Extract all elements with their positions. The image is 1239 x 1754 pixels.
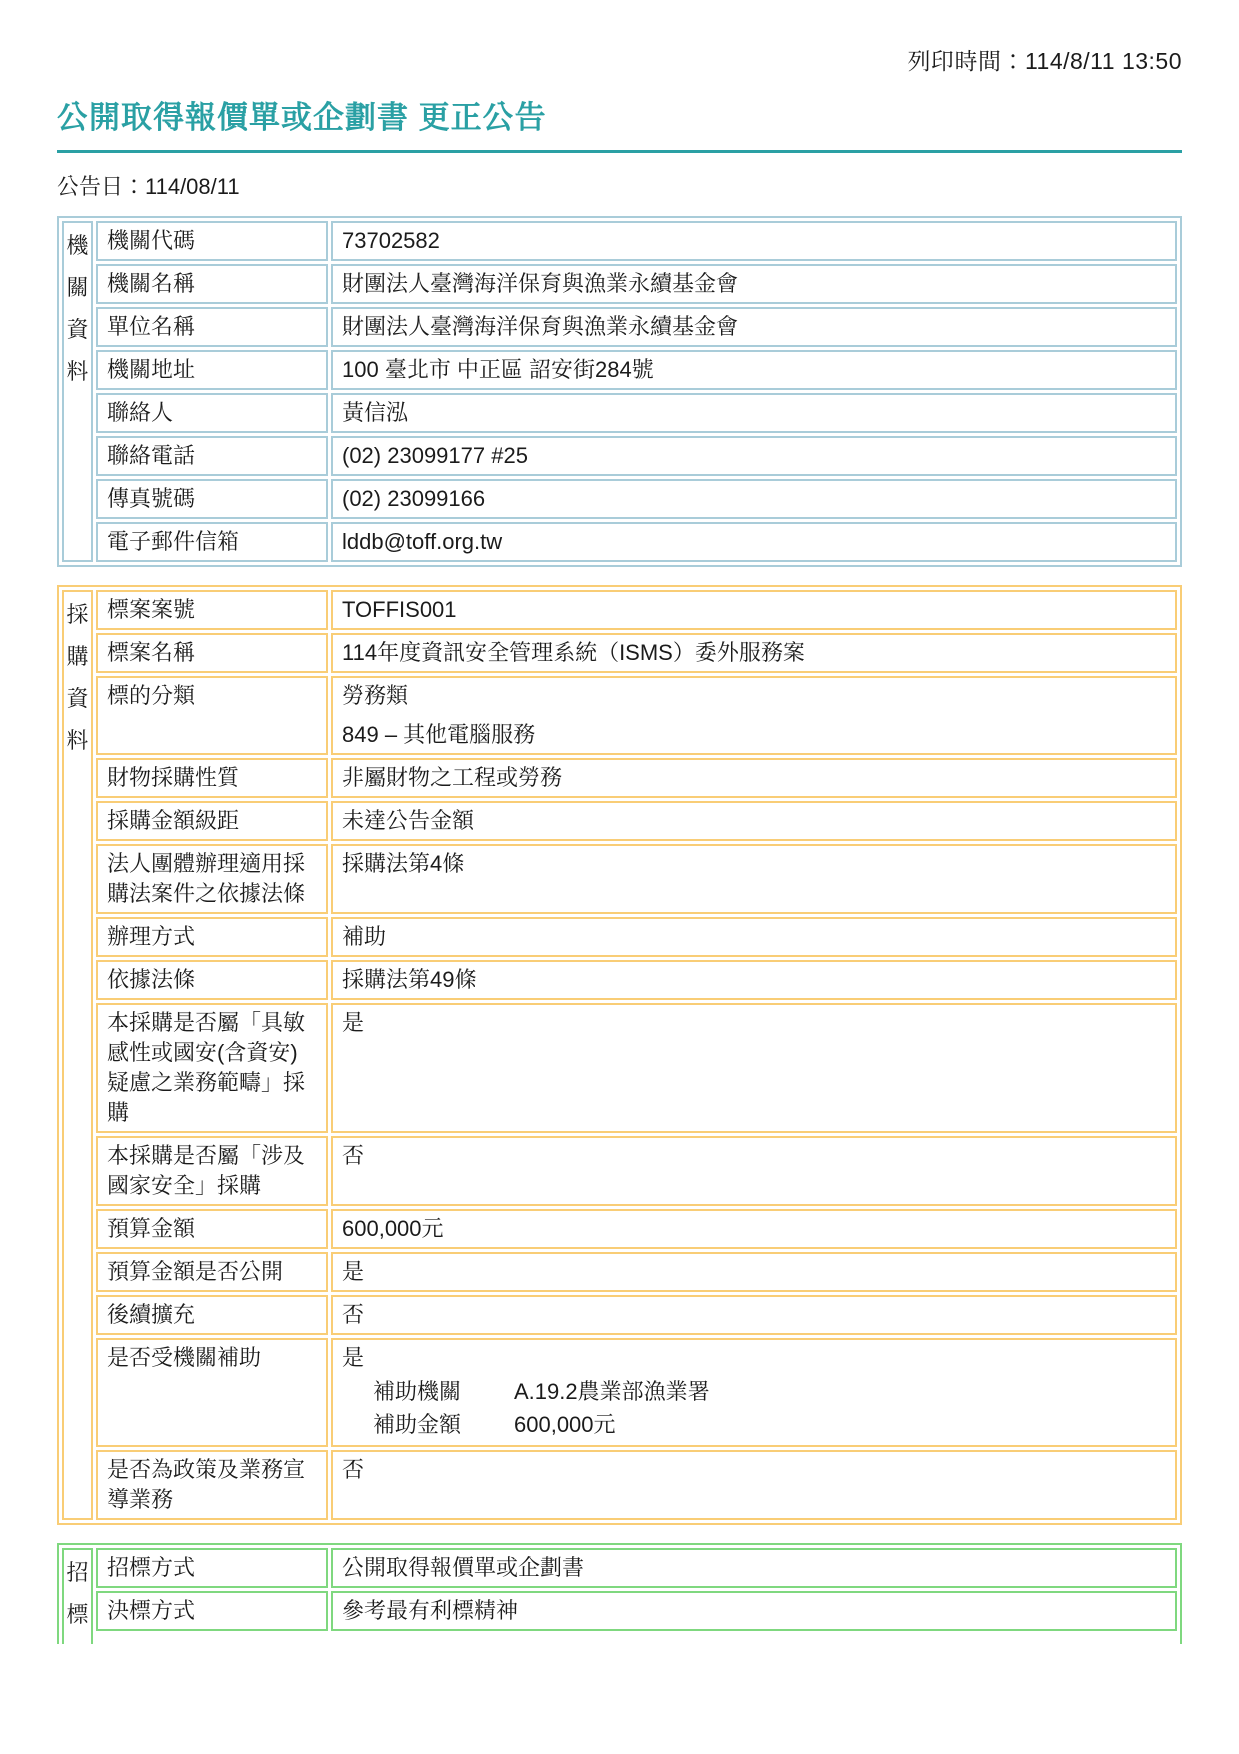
row-value-cell: 補助 (331, 917, 1177, 957)
procurement-info-side-label: 採 購 資 料 (62, 590, 93, 1520)
document-body: 機 關 資 料機關代碼73702582機關名稱財團法人臺灣海洋保育與漁業永續基金… (57, 216, 1182, 1644)
row-value-line: 補助 (342, 922, 1166, 952)
row-value-line: 600,000元 (342, 1214, 1166, 1244)
row-value-line: 採購法第4條 (342, 849, 1166, 879)
row-label-cell: 依據法條 (96, 960, 328, 1000)
row-value-line: 73702582 (342, 226, 1166, 256)
row-value-line: 114年度資訊安全管理系統（ISMS）委外服務案 (342, 638, 1166, 668)
row-value-cell: 採購法第49條 (331, 960, 1177, 1000)
row-label-cell: 單位名稱 (96, 307, 328, 347)
row-value-line: 勞務類 (342, 681, 1166, 711)
row-label-cell: 傳真號碼 (96, 479, 328, 519)
row-value-cell: 公開取得報價單或企劃書 (331, 1548, 1177, 1588)
table-row: 機關地址100 臺北市 中正區 詔安街284號 (96, 350, 1177, 390)
table-row: 標案案號TOFFIS001 (96, 590, 1177, 630)
row-value-line: 849 – 其他電腦服務 (342, 720, 1166, 750)
row-label-cell: 財物採購性質 (96, 758, 328, 798)
row-value-line: (02) 23099166 (342, 484, 1166, 514)
table-row: 機關名稱財團法人臺灣海洋保育與漁業永續基金會 (96, 264, 1177, 304)
subsidy-detail-value: 600,000元 (514, 1410, 1166, 1440)
row-value-cell: 財團法人臺灣海洋保育與漁業永續基金會 (331, 264, 1177, 304)
table-row: 聯絡電話(02) 23099177 #25 (96, 436, 1177, 476)
subsidy-detail-label: 補助機關 (373, 1377, 514, 1407)
agency-info-table: 機 關 資 料機關代碼73702582機關名稱財團法人臺灣海洋保育與漁業永續基金… (57, 216, 1182, 567)
table-row: 標案名稱114年度資訊安全管理系統（ISMS）委外服務案 (96, 633, 1177, 673)
row-label-cell: 預算金額是否公開 (96, 1252, 328, 1292)
row-value-line: 100 臺北市 中正區 詔安街284號 (342, 355, 1166, 385)
row-value-cell: 是補助機關A.19.2農業部漁業署補助金額600,000元 (331, 1338, 1177, 1447)
procurement-info-rows: 標案案號TOFFIS001標案名稱114年度資訊安全管理系統（ISMS）委外服務… (96, 590, 1177, 1520)
row-value-cell: 否 (331, 1295, 1177, 1335)
row-label-cell: 法人團體辦理適用採購法案件之依據法條 (96, 844, 328, 914)
row-value-cell: lddb@toff.org.tw (331, 522, 1177, 562)
row-value-cell: 600,000元 (331, 1209, 1177, 1249)
tender-info-side-label: 招 標 (62, 1548, 93, 1644)
row-value-cell: 勞務類849 – 其他電腦服務 (331, 676, 1177, 755)
row-value-cell: 114年度資訊安全管理系統（ISMS）委外服務案 (331, 633, 1177, 673)
row-value-line: 公開取得報價單或企劃書 (342, 1553, 1166, 1583)
row-value-cell: TOFFIS001 (331, 590, 1177, 630)
row-value-line: 是 (342, 1008, 1166, 1038)
row-label-cell: 機關地址 (96, 350, 328, 390)
row-label-cell: 機關名稱 (96, 264, 328, 304)
row-value-cell: 財團法人臺灣海洋保育與漁業永續基金會 (331, 307, 1177, 347)
subsidy-detail-value: A.19.2農業部漁業署 (514, 1377, 1166, 1407)
row-value-cell: 否 (331, 1136, 1177, 1206)
announce-date: 公告日：114/08/11 (57, 172, 1182, 202)
table-row: 預算金額是否公開是 (96, 1252, 1177, 1292)
subsidy-detail-label: 補助金額 (373, 1410, 514, 1440)
tender-info-rows: 招標方式公開取得報價單或企劃書決標方式參考最有利標精神 (96, 1548, 1177, 1644)
table-row: 電子郵件信箱lddb@toff.org.tw (96, 522, 1177, 562)
row-value-cell: 參考最有利標精神 (331, 1591, 1177, 1631)
row-value-line: 否 (342, 1300, 1166, 1330)
row-label-cell: 標案名稱 (96, 633, 328, 673)
row-value-cell: 是 (331, 1003, 1177, 1133)
table-row: 是否受機關補助是補助機關A.19.2農業部漁業署補助金額600,000元 (96, 1338, 1177, 1447)
row-value-line: 參考最有利標精神 (342, 1596, 1166, 1626)
row-value-cell: 73702582 (331, 221, 1177, 261)
agency-info-side-label: 機 關 資 料 (62, 221, 93, 562)
table-row: 標的分類勞務類849 – 其他電腦服務 (96, 676, 1177, 755)
table-row: 後續擴充否 (96, 1295, 1177, 1335)
row-value-line: lddb@toff.org.tw (342, 527, 1166, 557)
row-value-line: 未達公告金額 (342, 806, 1166, 836)
row-value-line: 否 (342, 1455, 1166, 1485)
tender-info-table: 招 標招標方式公開取得報價單或企劃書決標方式參考最有利標精神 (57, 1543, 1182, 1644)
table-row: 招標方式公開取得報價單或企劃書 (96, 1548, 1177, 1588)
print-page: 列印時間：114/8/11 13:50 公開取得報價單或企劃書 更正公告 公告日… (0, 0, 1239, 1754)
row-label-cell: 聯絡人 (96, 393, 328, 433)
page-title: 公開取得報價單或企劃書 更正公告 (57, 92, 1182, 153)
table-row: 是否為政策及業務宣導業務否 (96, 1450, 1177, 1520)
row-value-line: 是 (342, 1343, 1166, 1373)
table-row: 依據法條採購法第49條 (96, 960, 1177, 1000)
table-row: 機關代碼73702582 (96, 221, 1177, 261)
table-row: 預算金額600,000元 (96, 1209, 1177, 1249)
row-label-cell: 是否為政策及業務宣導業務 (96, 1450, 328, 1520)
row-value-line: 非屬財物之工程或勞務 (342, 763, 1166, 793)
row-value-cell: (02) 23099166 (331, 479, 1177, 519)
row-value-line: TOFFIS001 (342, 595, 1166, 625)
row-label-cell: 標的分類 (96, 676, 328, 755)
row-value-line: 採購法第49條 (342, 965, 1166, 995)
row-value-cell: 100 臺北市 中正區 詔安街284號 (331, 350, 1177, 390)
row-label-cell: 決標方式 (96, 1591, 328, 1631)
row-label-cell: 標案案號 (96, 590, 328, 630)
row-label-cell: 預算金額 (96, 1209, 328, 1249)
row-label-cell: 機關代碼 (96, 221, 328, 261)
agency-info-rows: 機關代碼73702582機關名稱財團法人臺灣海洋保育與漁業永續基金會單位名稱財團… (96, 221, 1177, 562)
table-row: 決標方式參考最有利標精神 (96, 1591, 1177, 1631)
table-row: 本採購是否屬「具敏感性或國安(含資安)疑慮之業務範疇」採購是 (96, 1003, 1177, 1133)
row-label-cell: 辦理方式 (96, 917, 328, 957)
row-label-cell: 電子郵件信箱 (96, 522, 328, 562)
row-value-line: 黃信泓 (342, 398, 1166, 428)
print-time: 列印時間：114/8/11 13:50 (57, 46, 1182, 76)
row-value-line: 是 (342, 1257, 1166, 1287)
row-value-line: 否 (342, 1141, 1166, 1171)
subsidy-detail: 補助機關A.19.2農業部漁業署補助金額600,000元 (373, 1377, 1166, 1440)
row-value-line: (02) 23099177 #25 (342, 441, 1166, 471)
table-row: 財物採購性質非屬財物之工程或勞務 (96, 758, 1177, 798)
row-label-cell: 後續擴充 (96, 1295, 328, 1335)
table-row: 法人團體辦理適用採購法案件之依據法條採購法第4條 (96, 844, 1177, 914)
row-value-cell: 採購法第4條 (331, 844, 1177, 914)
table-row: 本採購是否屬「涉及國家安全」採購否 (96, 1136, 1177, 1206)
row-value-line: 財團法人臺灣海洋保育與漁業永續基金會 (342, 269, 1166, 299)
table-row: 採購金額級距未達公告金額 (96, 801, 1177, 841)
row-value-cell: 否 (331, 1450, 1177, 1520)
row-value-cell: 黃信泓 (331, 393, 1177, 433)
row-label-cell: 招標方式 (96, 1548, 328, 1588)
table-row: 辦理方式補助 (96, 917, 1177, 957)
row-value-cell: 未達公告金額 (331, 801, 1177, 841)
row-label-cell: 本採購是否屬「具敏感性或國安(含資安)疑慮之業務範疇」採購 (96, 1003, 328, 1133)
row-value-cell: (02) 23099177 #25 (331, 436, 1177, 476)
row-label-cell: 聯絡電話 (96, 436, 328, 476)
row-value-cell: 是 (331, 1252, 1177, 1292)
table-row: 傳真號碼(02) 23099166 (96, 479, 1177, 519)
table-row: 單位名稱財團法人臺灣海洋保育與漁業永續基金會 (96, 307, 1177, 347)
row-label-cell: 是否受機關補助 (96, 1338, 328, 1447)
row-label-cell: 本採購是否屬「涉及國家安全」採購 (96, 1136, 328, 1206)
row-value-line: 財團法人臺灣海洋保育與漁業永續基金會 (342, 312, 1166, 342)
row-label-cell: 採購金額級距 (96, 801, 328, 841)
row-value-cell: 非屬財物之工程或勞務 (331, 758, 1177, 798)
procurement-info-table: 採 購 資 料標案案號TOFFIS001標案名稱114年度資訊安全管理系統（IS… (57, 585, 1182, 1525)
table-row: 聯絡人黃信泓 (96, 393, 1177, 433)
